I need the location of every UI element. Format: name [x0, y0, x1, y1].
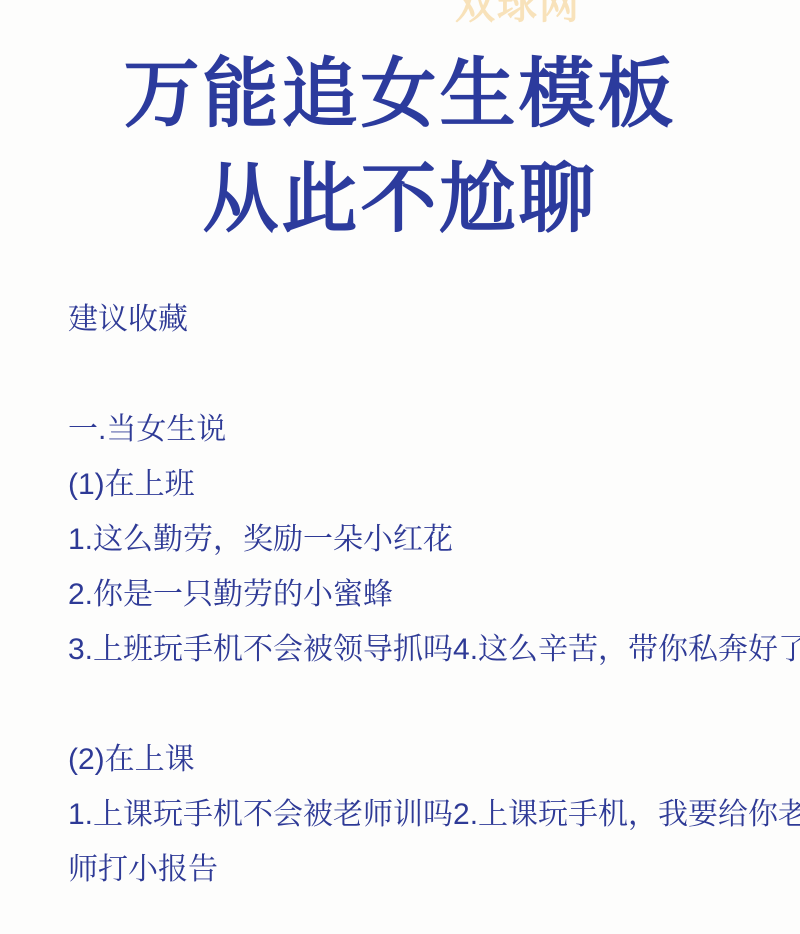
body-line: 1.上课玩手机不会被老师训吗2.上课玩手机，我要给你老	[68, 787, 788, 842]
body-line: 师打小报告	[68, 842, 788, 897]
body-line: 1.这么勤劳，奖励一朵小红花	[68, 512, 788, 567]
body-line: 一.当女生说	[68, 402, 788, 457]
page-title-line-2: 从此不尬聊	[0, 147, 800, 252]
watermark-text: 双球网	[455, 0, 581, 30]
page-title: 万能追女生模板 从此不尬聊	[0, 42, 800, 252]
body-text: 建议收藏 一.当女生说 (1)在上班 1.这么勤劳，奖励一朵小红花 2.你是一只…	[68, 292, 788, 897]
body-line: 3.上班玩手机不会被领导抓吗4.这么辛苦，带你私奔好了	[68, 622, 788, 677]
poster-page: 双球网 万能追女生模板 从此不尬聊 建议收藏 一.当女生说 (1)在上班 1.这…	[0, 0, 800, 934]
body-line: (1)在上班	[68, 457, 788, 512]
page-title-line-1: 万能追女生模板	[0, 42, 800, 147]
body-line: 建议收藏	[68, 292, 788, 347]
body-line: (2)在上课	[68, 732, 788, 787]
body-line: 2.你是一只勤劳的小蜜蜂	[68, 567, 788, 622]
